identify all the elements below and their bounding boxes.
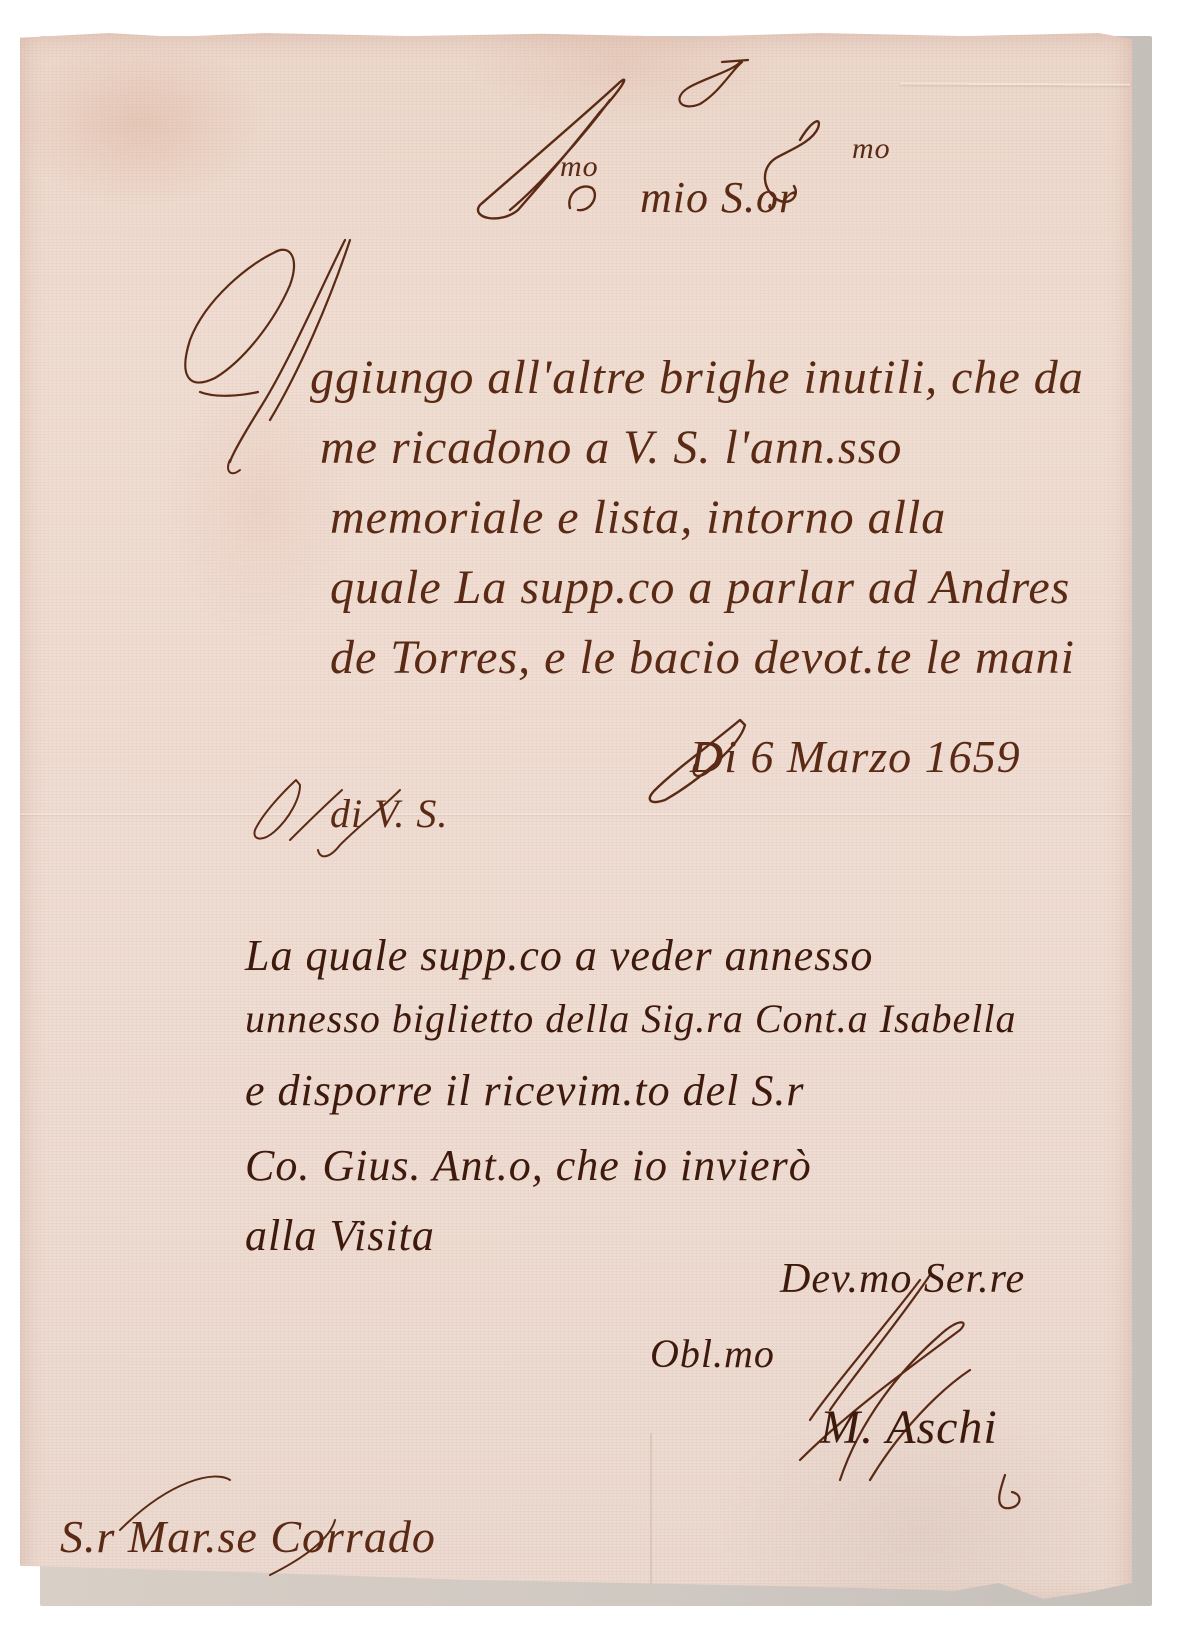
postscript-header: di V. S. [330, 790, 448, 837]
dateline: Di 6 Marzo 1659 [690, 730, 1021, 783]
body-line-5: de Torres, e le bacio devot.te le mani [330, 630, 1075, 685]
postscript-line-5: alla Visita [245, 1210, 435, 1261]
letter-paper [20, 33, 1132, 1605]
body-line-4: quale La supp.co a parlar ad Andres [330, 560, 1070, 615]
salutation-line-1: mo [560, 150, 599, 184]
salutation-superscript: mo [852, 132, 891, 166]
fold-crease-vertical [650, 1433, 652, 1603]
postscript-line-2: unnesso biglietto della Sig.ra Cont.a Is… [245, 995, 1017, 1042]
salutation-line-2: mio S.or [640, 172, 797, 223]
closing-line-1: Dev.mo Ser.re [780, 1255, 1025, 1303]
addressee: S.r Mar.se Corrado [60, 1510, 436, 1563]
postscript-line-1: La quale supp.co a veder annesso [245, 930, 873, 981]
body-line-1: ggiungo all'altre brighe inutili, che da [310, 350, 1084, 405]
closing-line-2: Obl.mo [650, 1330, 775, 1377]
body-line-2: me ricadono a V. S. l'ann.sso [320, 420, 902, 475]
fold-crease-top [900, 82, 1130, 85]
signature: M. Aschi [820, 1400, 998, 1455]
fold-crease-middle [20, 813, 1130, 815]
postscript-line-3: e disporre il ricevim.to del S.r [245, 1065, 805, 1116]
postscript-line-4: Co. Gius. Ant.o, che io invierò [245, 1140, 812, 1191]
body-line-3: memoriale e lista, intorno alla [330, 490, 946, 545]
